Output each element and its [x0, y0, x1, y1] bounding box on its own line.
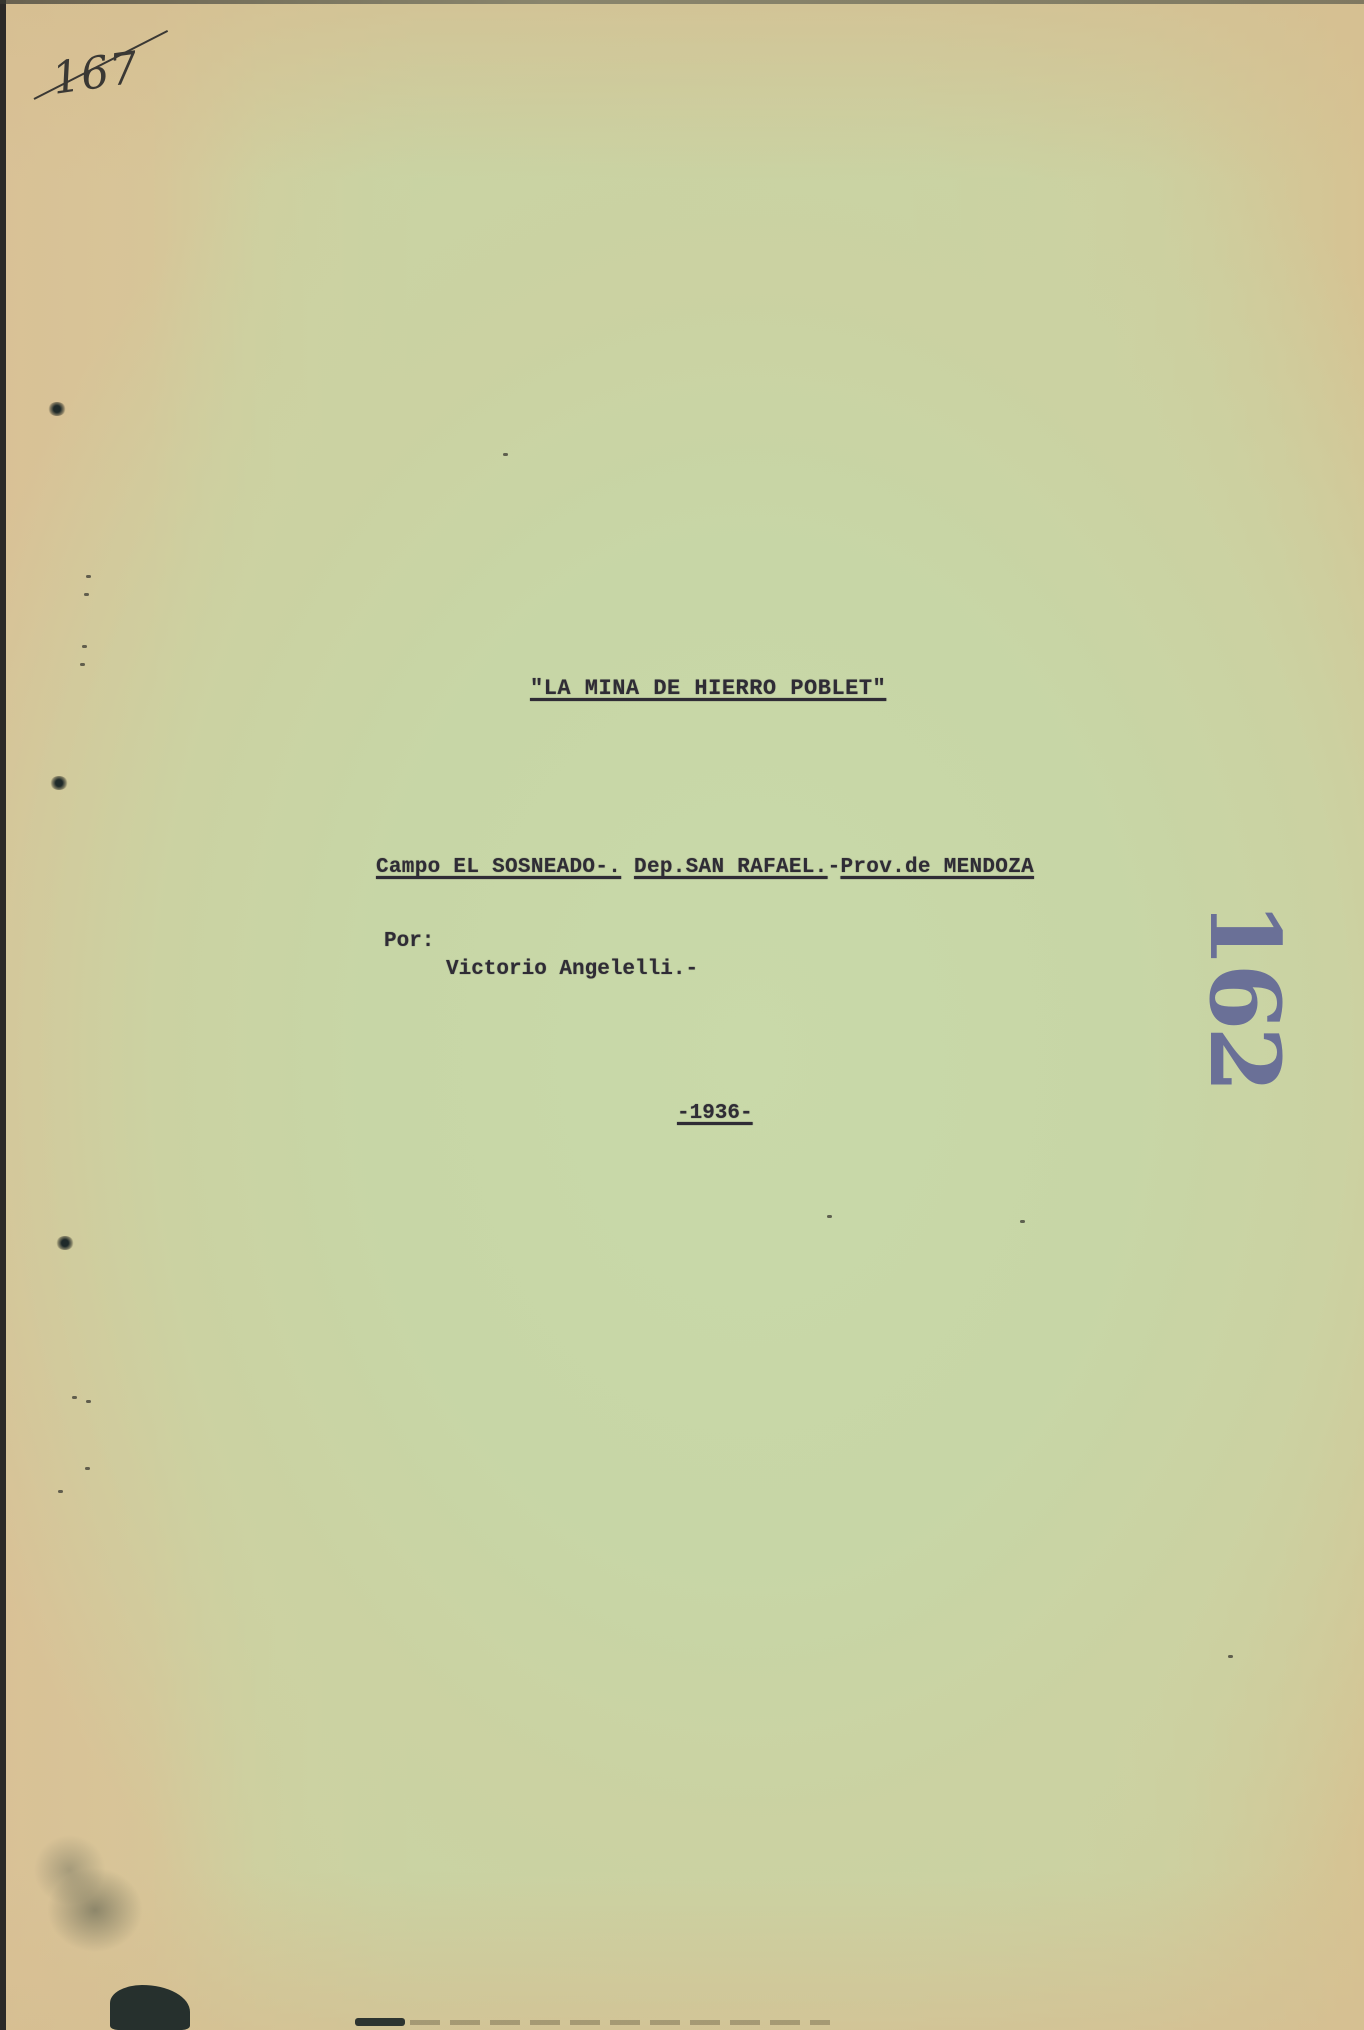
- speck: [82, 645, 87, 648]
- location-campo: Campo EL SOSNEADO-.: [376, 856, 621, 879]
- binding-edge: [0, 0, 6, 2030]
- speck: [58, 1490, 63, 1493]
- speck: [85, 1467, 90, 1470]
- document-year: -1936-: [677, 1102, 753, 1125]
- punch-hole: [50, 776, 68, 790]
- speck: [827, 1215, 832, 1218]
- bottom-edge-marks: [410, 2020, 830, 2025]
- speck: [86, 1400, 91, 1403]
- location-separator: -: [828, 856, 841, 879]
- speck: [86, 575, 91, 578]
- document-page: [0, 0, 1364, 2030]
- speck: [503, 453, 508, 456]
- punch-hole: [56, 1236, 74, 1250]
- archive-stamp-number: 162: [1170, 920, 1320, 1070]
- speck: [80, 663, 85, 666]
- speck: [1228, 1655, 1233, 1658]
- speck: [1020, 1220, 1025, 1223]
- author-name: Victorio Angelelli.-: [446, 958, 698, 981]
- punch-hole-mark: [48, 402, 66, 416]
- location-provincia: Prov.de MENDOZA: [840, 856, 1034, 879]
- by-label: Por:: [384, 930, 434, 953]
- location-line: Campo EL SOSNEADO-. Dep.SAN RAFAEL.-Prov…: [376, 856, 1034, 879]
- speck: [84, 593, 89, 596]
- bottom-ink-mark: [355, 2018, 405, 2026]
- document-title: "LA MINA DE HIERRO POBLET": [530, 676, 886, 701]
- top-edge: [0, 0, 1364, 4]
- location-departamento: Dep.SAN RAFAEL.: [634, 856, 828, 879]
- speck: [72, 1396, 77, 1399]
